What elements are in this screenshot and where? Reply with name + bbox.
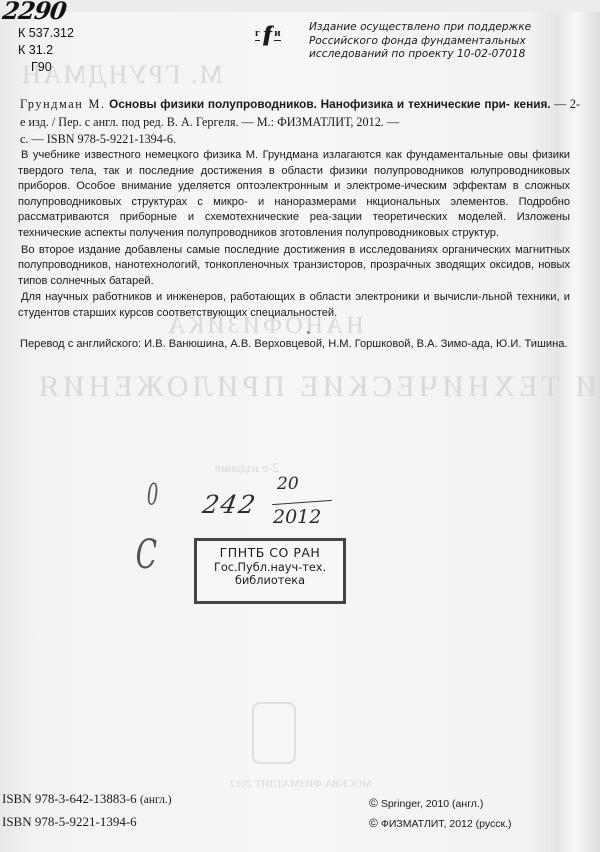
rffi-logo-icon: г ff и <box>255 21 281 47</box>
handwritten-letter: 0 <box>147 478 158 513</box>
annotation-paragraph: В учебнике известного немецкого физика М… <box>18 148 570 242</box>
annotation-paragraph: Для научных работников и инженеров, рабо… <box>18 290 570 321</box>
handwritten-fraction-bottom: 2012 <box>273 506 321 528</box>
classification-line: К 31.2 <box>18 42 74 59</box>
bibliographic-record: Грундман М. Основы физики полупроводнико… <box>20 96 580 149</box>
isbn-line: ISBN 978-5-9221-1394-6 <box>2 811 172 832</box>
annotation: В учебнике известного немецкого физика М… <box>18 148 570 322</box>
show-through-edition: 2-е издание <box>215 460 279 476</box>
isbn-block: ISBN 978-3-642-13883-6 (англ.) ISBN 978-… <box>2 788 172 832</box>
support-note: Издание осуществлено при поддержке Росси… <box>309 21 531 62</box>
annotation-paragraph: Во второе издание добавлены самые послед… <box>18 243 570 290</box>
author: Грундман М. <box>20 97 106 111</box>
copyright-line: ©ФИЗМАТЛИТ, 2012 (русск.) <box>369 814 511 834</box>
copyright-icon: © <box>369 816 378 830</box>
book-title: Основы физики полупроводников. Нанофизик… <box>109 97 550 111</box>
separator-dot <box>307 331 310 334</box>
translators: Перевод с английского: И.В. Ванюшина, А.… <box>20 337 572 353</box>
copyright-icon: © <box>369 796 378 810</box>
classification-codes: К 537.312 К 31.2 Г90 <box>18 25 74 76</box>
show-through-title2: И ТЕХНИЧЕСКИЕ ПРИЛОЖЕНИЯ <box>35 370 597 404</box>
show-through-emblem-icon <box>252 702 296 764</box>
isbn-details: с. — ISBN 978-5-9221-1394-6. <box>20 132 176 146</box>
isbn-line: ISBN 978-3-642-13883-6 (англ.) <box>2 788 172 811</box>
fraction-line <box>272 500 332 506</box>
scan-top-edge <box>0 0 600 12</box>
handwritten-number: 242 <box>200 490 259 519</box>
copyright-block: ©Springer, 2010 (англ.) ©ФИЗМАТЛИТ, 2012… <box>369 794 511 834</box>
handwritten-inventory-number: 2290 <box>1 0 68 25</box>
copyright-line: ©Springer, 2010 (англ.) <box>369 794 511 814</box>
handwritten-letter: С <box>136 532 157 578</box>
handwritten-fraction-top: 20 <box>277 474 299 494</box>
classification-line: Г90 <box>18 59 74 76</box>
show-through-publisher: МОСКВА ФИЗМАТЛИТ 2012 <box>230 778 372 791</box>
library-stamp: ГПНТБ СО РАН Гос.Публ.науч-тех. библиоте… <box>194 538 346 604</box>
classification-line: К 537.312 <box>18 25 74 42</box>
